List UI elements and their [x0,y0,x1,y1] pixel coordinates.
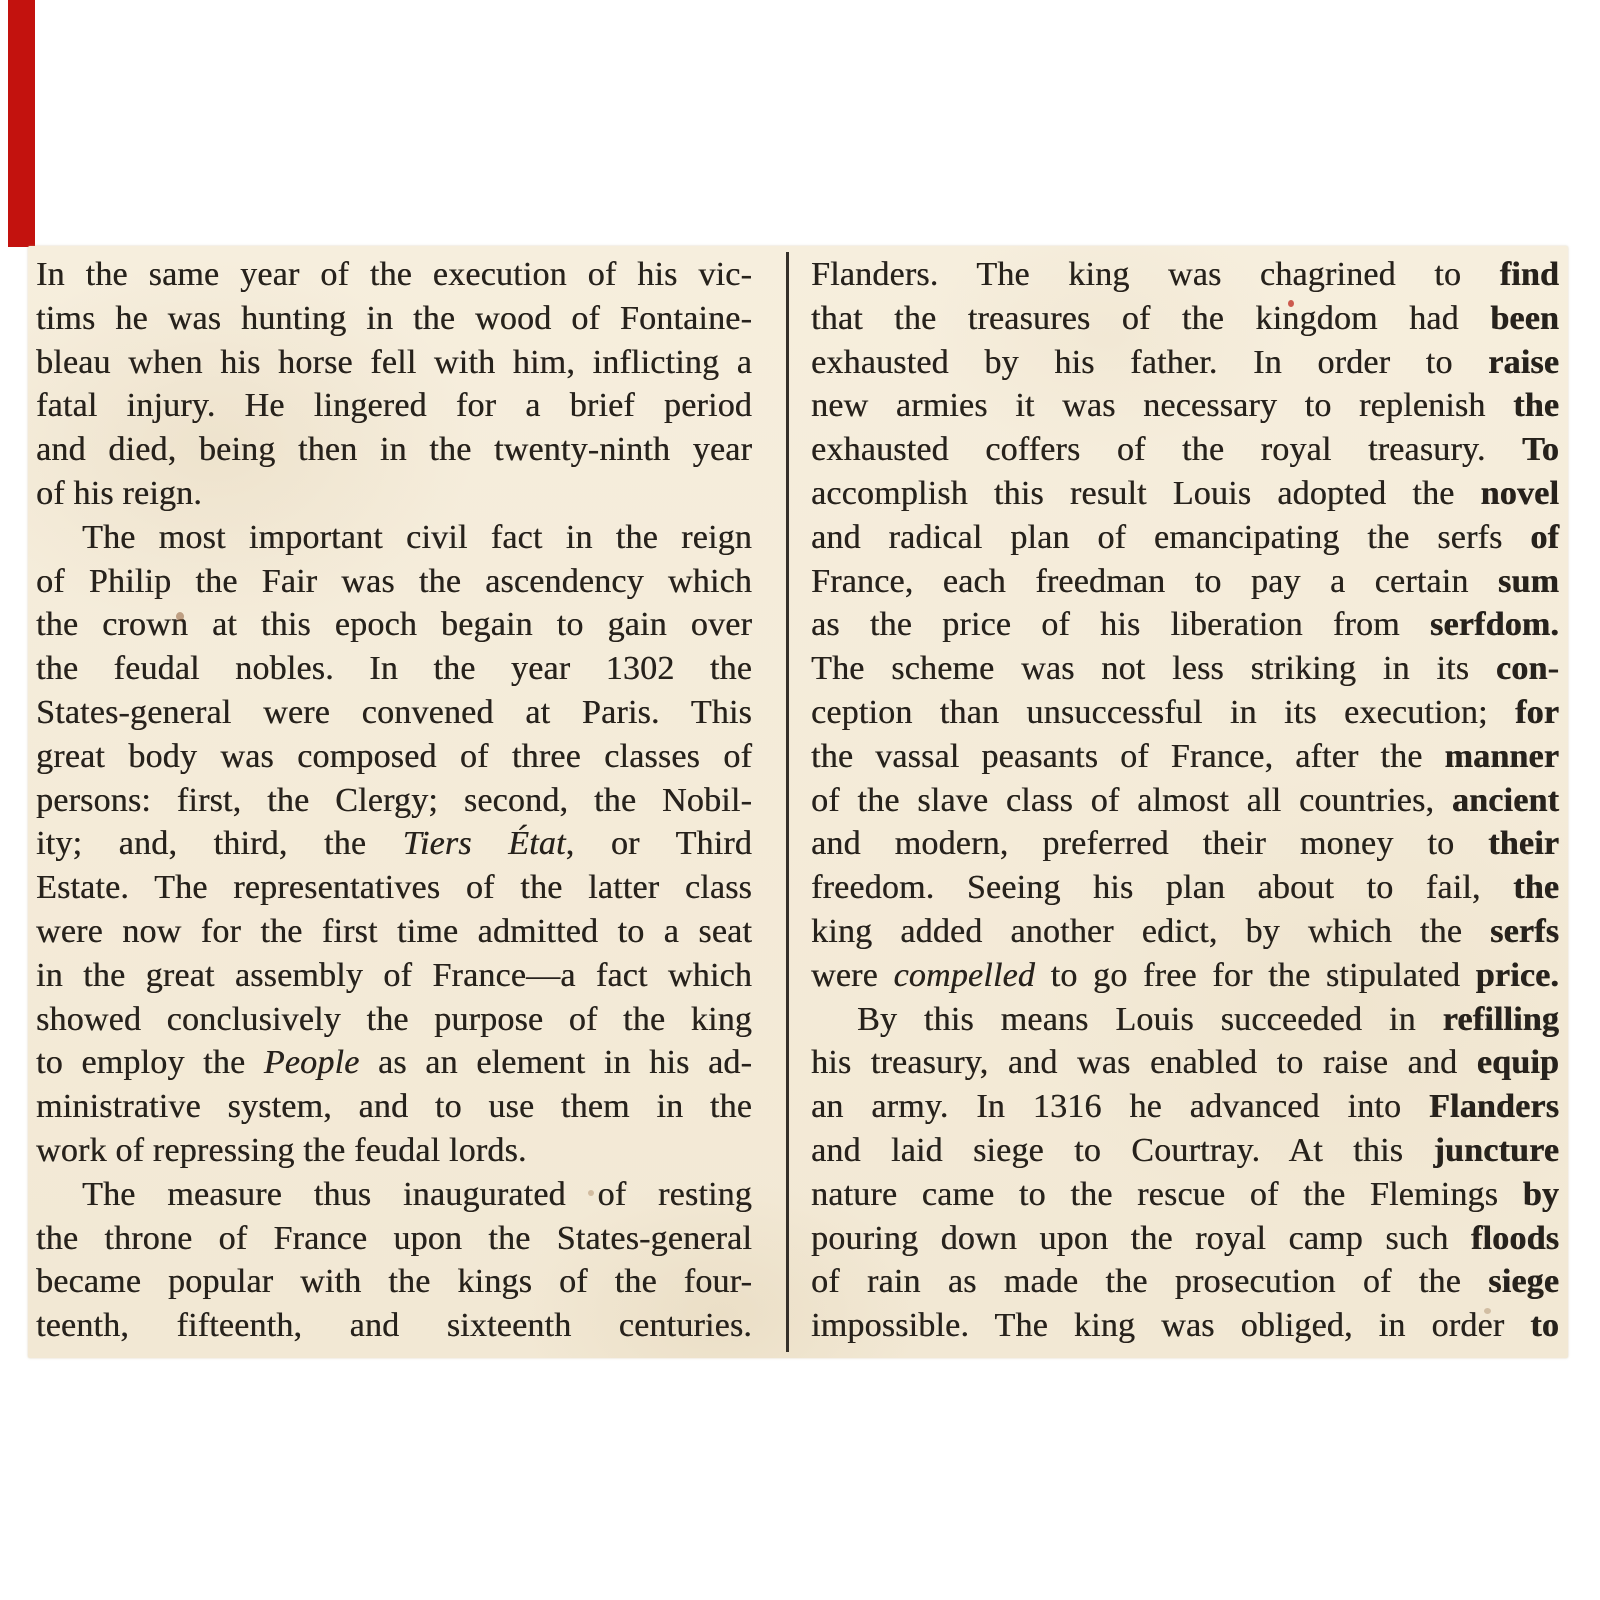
text-line: and died, being then in the twenty-ninth… [36,428,752,472]
bold-text: by [1523,1176,1559,1213]
text-line: as the price of his liberation from serf… [811,603,1559,647]
bold-text: for [1515,694,1559,731]
text-segment: bleau when his horse fell with him, infl… [36,344,752,381]
scanned-book-page: { "document": { "kind": "scanned-book-pa… [0,0,1600,1600]
italic-text: People [264,1044,360,1081]
paper-speck [1484,1308,1491,1314]
text-line: nature came to the rescue of the Fleming… [811,1173,1559,1217]
bold-text: their [1488,825,1559,862]
text-line: of rain as made the prosecution of the s… [811,1260,1559,1304]
bold-text: find [1500,256,1559,293]
text-line: freedom. Seeing his plan about to fail, … [811,866,1559,910]
text-line: The measure thus inaugurated of resting [36,1173,752,1217]
text-line: Flanders. The king was chagrined to find [811,253,1559,297]
text-segment: and radical plan of emancipating the ser… [811,519,1530,556]
bold-text: novel [1481,475,1559,512]
text-segment: were [811,957,893,994]
text-line: were compelled to go free for the stipul… [811,954,1559,998]
text-segment: and laid siege to Courtray. At this [811,1132,1433,1169]
text-segment: persons: first, the Clergy; second, the … [36,782,752,819]
text-segment: new armies it was necessary to replenish [811,387,1513,424]
bold-text: price. [1476,957,1559,994]
text-line: work of repressing the feudal lords. [36,1129,752,1173]
text-line: an army. In 1316 he advanced into Flande… [811,1085,1559,1129]
text-line: of his reign. [36,472,752,516]
text-line: ception than unsuccessful in its executi… [811,691,1559,735]
text-line: and modern, preferred their money to the… [811,822,1559,866]
text-segment: impossible. The king was obliged, in ord… [811,1307,1530,1344]
text-line: accomplish this result Louis adopted the… [811,472,1559,516]
text-line: that the treasures of the kingdom had be… [811,297,1559,341]
text-segment: teenth, fifteenth, and sixteenth centuri… [36,1307,752,1344]
text-segment: to go free for the stipulated [1035,957,1476,994]
text-line: of Philip the Fair was the ascendency wh… [36,560,752,604]
text-segment: ministrative system, and to use them in … [36,1088,752,1125]
text-line: pouring down upon the royal camp such fl… [811,1217,1559,1261]
bold-text: juncture [1433,1132,1559,1169]
text-segment: in the great assembly of France—a fact w… [36,957,752,994]
text-segment: France, each freedman to pay a certain [811,563,1498,600]
bold-text: con- [1496,650,1559,687]
italic-text: Tiers État [403,825,566,862]
text-segment: Flanders. The king was chagrined to [811,256,1500,293]
text-line: exhausted by his father. In order to rai… [811,341,1559,385]
bold-text: Flanders [1429,1088,1559,1125]
text-line: ministrative system, and to use them in … [36,1085,752,1129]
text-line: fatal injury. He lingered for a brief pe… [36,384,752,428]
text-segment: showed conclusively the purpose of the k… [36,1001,752,1038]
text-segment: the throne of France upon the States-gen… [36,1220,752,1257]
text-segment: of rain as made the prosecution of the [811,1263,1488,1300]
text-segment: the vassal peasants of France, after the [811,738,1444,775]
text-line: persons: first, the Clergy; second, the … [36,779,752,823]
text-line: of the slave class of almost all countri… [811,779,1559,823]
text-segment: ception than unsuccessful in its executi… [811,694,1515,731]
text-segment: as the price of his liberation from [811,606,1430,643]
text-line: tims he was hunting in the wood of Fonta… [36,297,752,341]
text-segment: to employ the [36,1044,264,1081]
text-line: exhausted coffers of the royal treasury.… [811,428,1559,472]
text-segment: were now for the first time admitted to … [36,913,752,950]
text-line: his treasury, and was enabled to raise a… [811,1041,1559,1085]
text-line: bleau when his horse fell with him, infl… [36,341,752,385]
text-segment: The most important civil fact in the rei… [82,519,752,556]
text-line: ity; and, third, the Tiers État, or Thir… [36,822,752,866]
text-segment: tims he was hunting in the wood of Fonta… [36,300,752,337]
text-segment: of Philip the Fair was the ascendency wh… [36,563,752,600]
text-line: in the great assembly of France—a fact w… [36,954,752,998]
text-line: The scheme was not less striking in its … [811,647,1559,691]
text-segment: freedom. Seeing his plan about to fail, [811,869,1513,906]
text-segment: his treasury, and was enabled to raise a… [811,1044,1477,1081]
text-segment: great body was composed of three classes… [36,738,752,775]
text-line: great body was composed of three classes… [36,735,752,779]
text-line: the vassal peasants of France, after the… [811,735,1559,779]
bold-text: manner [1444,738,1559,775]
text-line: In the same year of the execution of his… [36,253,752,297]
text-line: and radical plan of emancipating the ser… [811,516,1559,560]
paper-speck [588,1190,594,1196]
text-line: and laid siege to Courtray. At this junc… [811,1129,1559,1173]
text-segment: and modern, preferred their money to [811,825,1488,862]
text-segment: exhausted coffers of the royal treasury. [811,431,1522,468]
text-line: became popular with the kings of the fou… [36,1260,752,1304]
text-segment: , or Third [566,825,752,862]
text-line: By this means Louis succeeded in refilli… [811,998,1559,1042]
text-segment: work of repressing the feudal lords. [36,1132,527,1169]
text-segment: Estate. The representatives of the latte… [36,869,752,906]
text-line: showed conclusively the purpose of the k… [36,998,752,1042]
text-segment: The scheme was not less striking in its [811,650,1496,687]
text-segment: pouring down upon the royal camp such [811,1220,1471,1257]
text-line: the throne of France upon the States-gen… [36,1217,752,1261]
bold-text: To [1522,431,1559,468]
text-segment: king added another edict, by which the [811,913,1490,950]
bold-text: serfdom. [1430,606,1559,643]
bold-text: equip [1477,1044,1559,1081]
text-segment: an army. In 1316 he advanced into [811,1088,1429,1125]
text-segment: ity; and, third, the [36,825,403,862]
bold-text: the [1513,869,1559,906]
left-text-column: In the same year of the execution of his… [36,253,752,1348]
text-segment: nature came to the rescue of the Fleming… [811,1176,1523,1213]
text-segment: In the same year of the execution of his… [36,256,752,293]
column-divider-rule [786,252,789,1352]
text-segment: accomplish this result Louis adopted the [811,475,1481,512]
text-segment: that the treasures of the kingdom had [811,300,1490,337]
bold-text: siege [1488,1263,1559,1300]
bold-text: ancient [1452,782,1559,819]
text-line: were now for the first time admitted to … [36,910,752,954]
bold-text: sum [1498,563,1559,600]
text-segment: and died, being then in the twenty-ninth… [36,431,752,468]
bold-text: raise [1488,344,1559,381]
paper-speck [176,612,184,621]
text-segment: fatal injury. He lingered for a brief pe… [36,387,752,424]
text-line: impossible. The king was obliged, in ord… [811,1304,1559,1348]
red-ink-speck [1288,300,1294,307]
text-line: The most important civil fact in the rei… [36,516,752,560]
text-segment: the feudal nobles. In the year 1302 the [36,650,752,687]
text-line: France, each freedman to pay a certain s… [811,560,1559,604]
text-line: States-general were convened at Paris. T… [36,691,752,735]
text-line: the feudal nobles. In the year 1302 the [36,647,752,691]
text-line: to employ the People as an element in hi… [36,1041,752,1085]
italic-text: compelled [893,957,1035,994]
bold-text: been [1490,300,1559,337]
text-segment: The measure thus inaugurated of resting [82,1176,752,1213]
bold-text: floods [1471,1220,1559,1257]
text-segment: of his reign. [36,475,202,512]
bold-text: serfs [1490,913,1559,950]
right-text-column: Flanders. The king was chagrined to find… [811,253,1559,1348]
bold-text: the [1513,387,1559,424]
text-segment: By this means Louis succeeded in [857,1001,1443,1038]
text-line: Estate. The representatives of the latte… [36,866,752,910]
bold-text: to [1530,1307,1559,1344]
text-line: the crown at this epoch begain to gain o… [36,603,752,647]
red-edge-mark [8,0,35,247]
text-segment: States-general were convened at Paris. T… [36,694,752,731]
page-scan: In the same year of the execution of his… [28,246,1568,1358]
text-segment: as an element in his ad- [359,1044,752,1081]
text-segment: the crown at this epoch begain to gain o… [36,606,752,643]
bold-text: refilling [1443,1001,1559,1038]
text-segment: exhausted by his father. In order to [811,344,1488,381]
text-line: new armies it was necessary to replenish… [811,384,1559,428]
text-segment: of the slave class of almost all countri… [811,782,1452,819]
bold-text: of [1530,519,1559,556]
text-line: teenth, fifteenth, and sixteenth centuri… [36,1304,752,1348]
text-line: king added another edict, by which the s… [811,910,1559,954]
text-segment: became popular with the kings of the fou… [36,1263,752,1300]
